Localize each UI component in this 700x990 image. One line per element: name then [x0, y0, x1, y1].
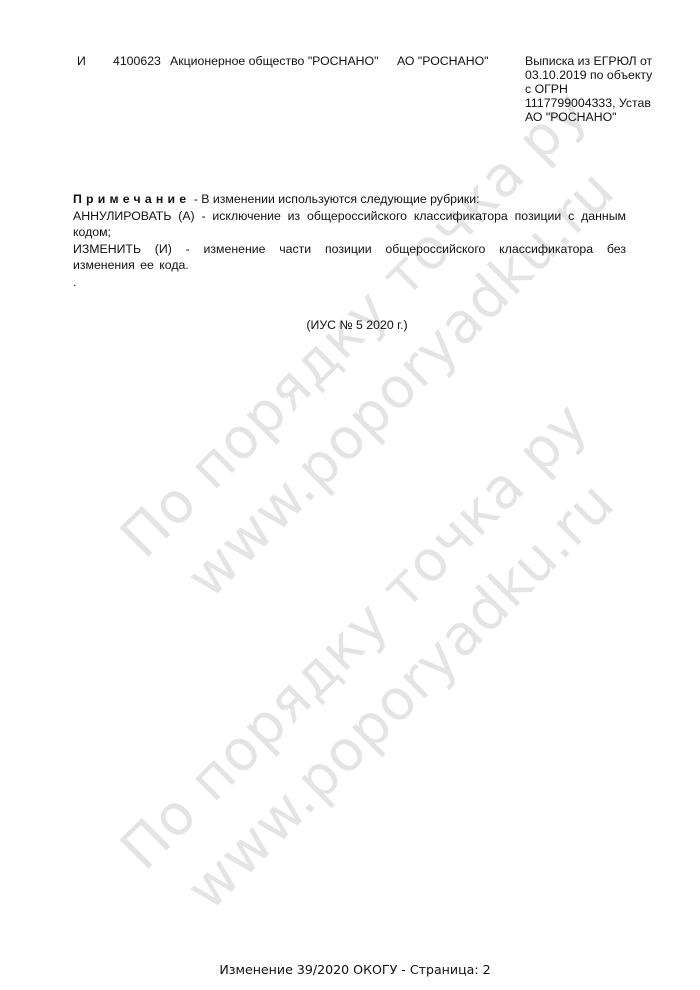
note-trailing-dot: . [73, 274, 626, 291]
note-section: Примечание - В изменении используются сл… [73, 191, 626, 290]
note-annul: АННУЛИРОВАТЬ (А) - исключение из общерос… [73, 208, 626, 241]
record-short-name: АО "РОСНАНО" [397, 54, 489, 68]
record-action-code: И [77, 54, 86, 68]
record-code: 4100623 [113, 54, 161, 68]
record-full-name: Акционерное общество "РОСНАНО" [170, 54, 378, 68]
page-footer: Изменение 39/2020 ОКОГУ - Страница: 2 [0, 962, 700, 978]
note-intro-line: Примечание - В изменении используются сл… [73, 191, 626, 208]
document-page: По порядку точка ру www.poporyadku.ru По… [0, 0, 700, 990]
note-intro: - В изменении используются следующие руб… [190, 192, 479, 206]
ius-reference: (ИУС № 5 2020 г.) [0, 318, 700, 332]
note-change: ИЗМЕНИТЬ (И) - изменение части позиции о… [73, 241, 626, 274]
record-basis: Выписка из ЕГРЮЛ от 03.10.2019 по объект… [525, 54, 655, 124]
note-title: Примечание [73, 192, 190, 206]
